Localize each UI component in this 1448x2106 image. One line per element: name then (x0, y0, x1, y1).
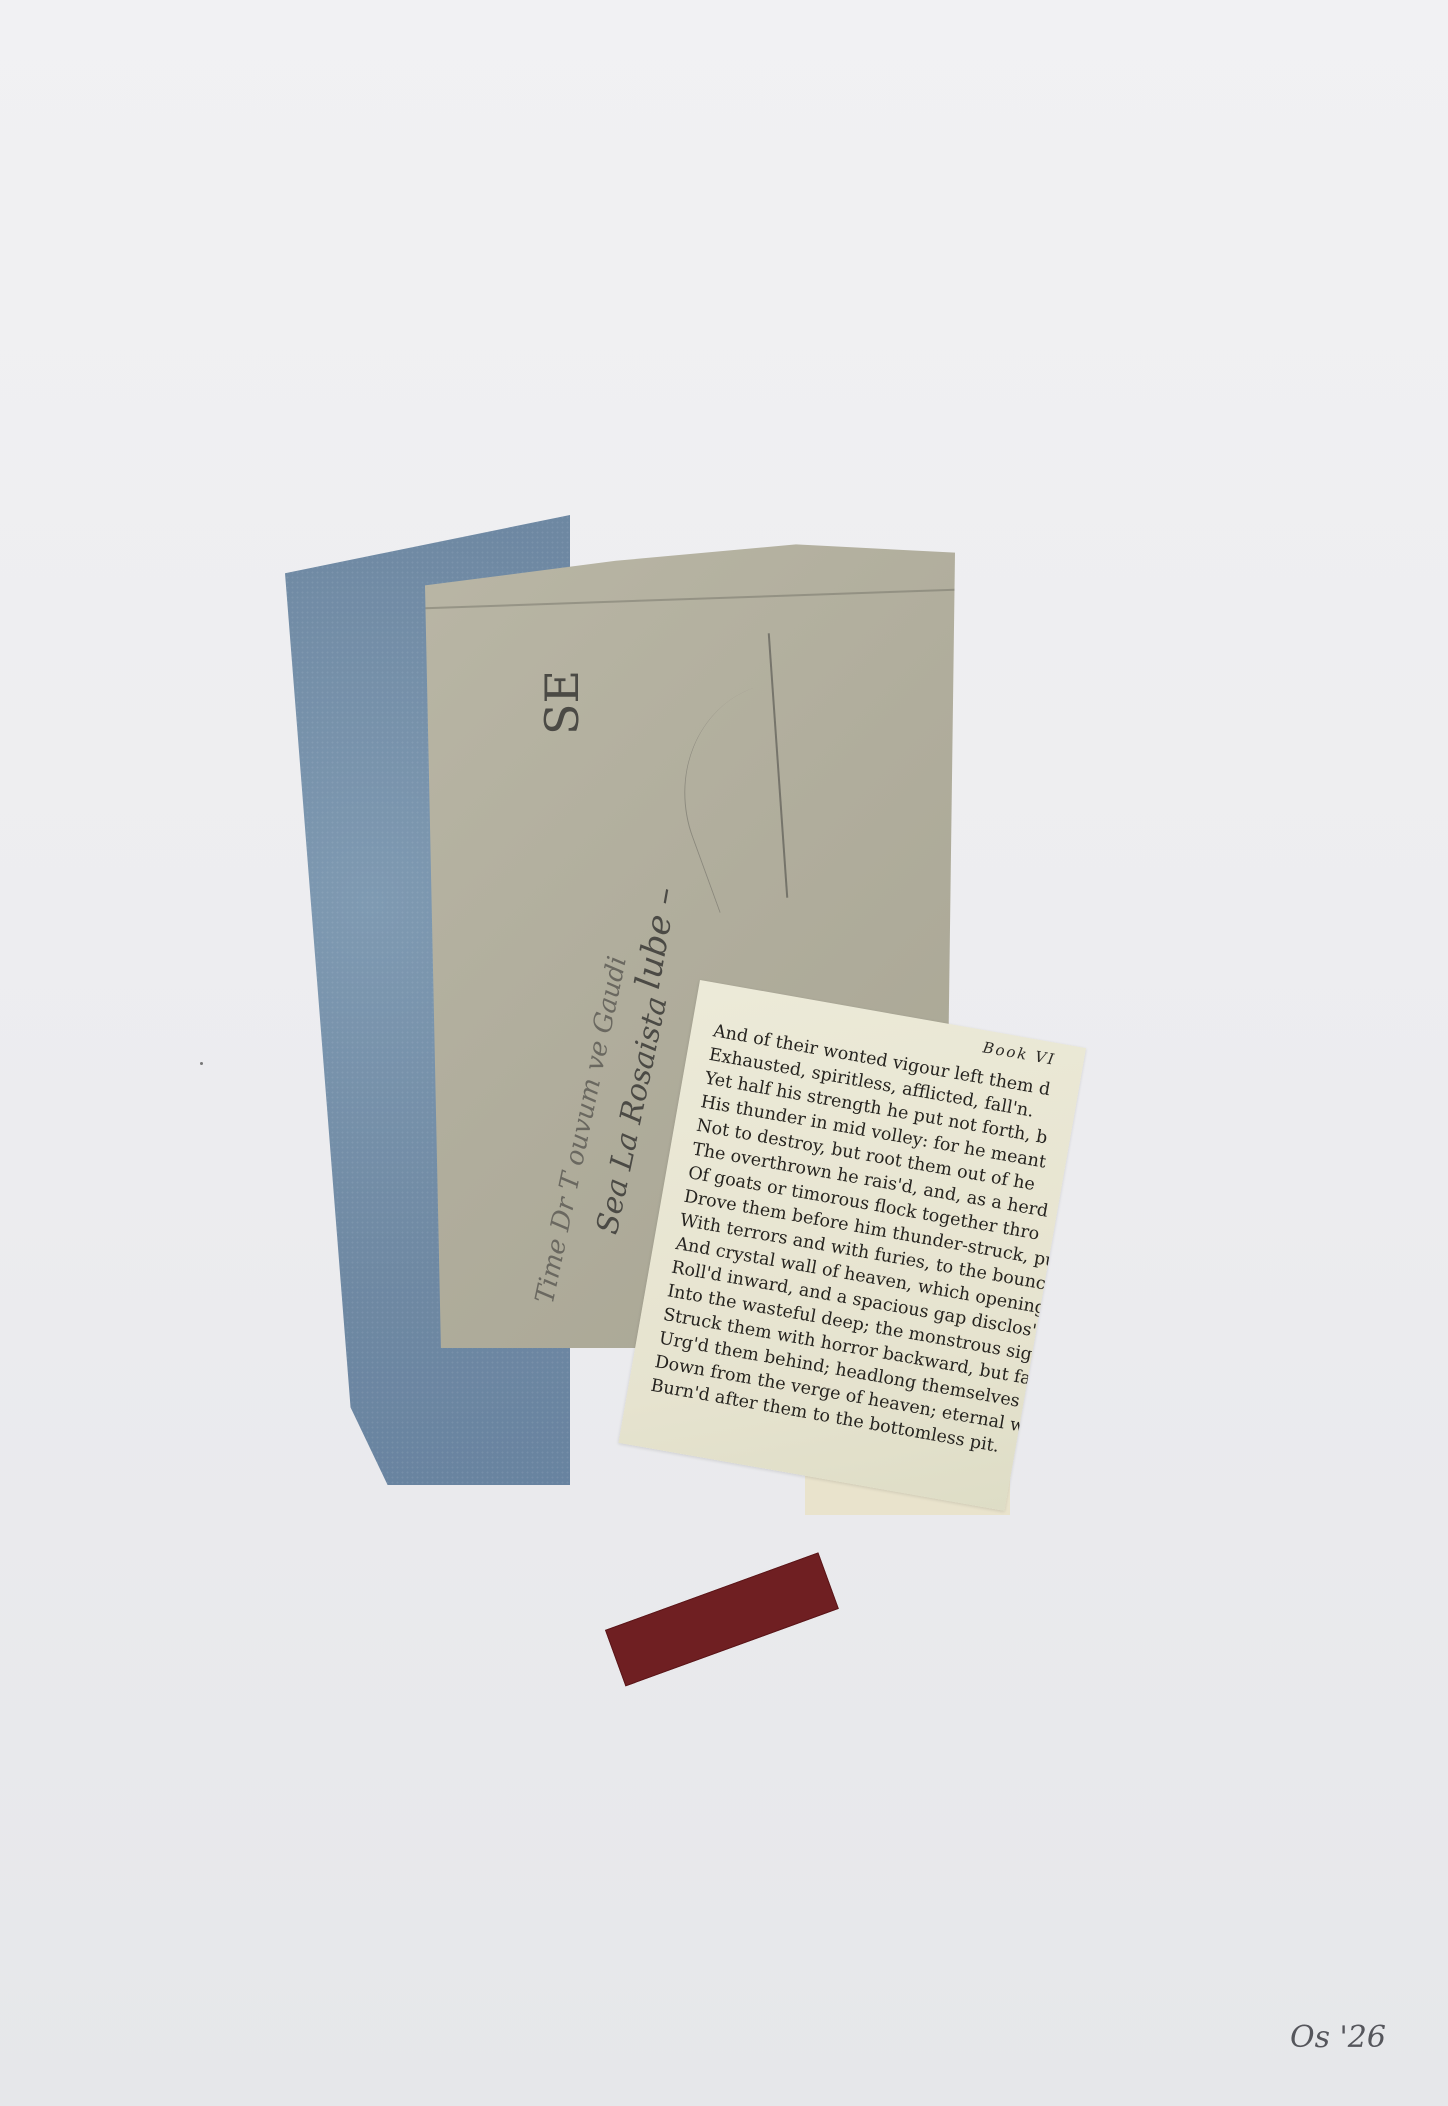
book-page-fragment: Book VI And of their wonted vigour left … (618, 980, 1086, 1511)
envelope-flap-line (425, 589, 955, 609)
pencil-arrow-icon (651, 663, 889, 913)
artist-signature: Os '26 (1290, 2020, 1386, 2055)
handwriting-se: SE (535, 670, 589, 735)
book-header: Book VI (981, 1038, 1057, 1069)
speck (200, 1062, 203, 1065)
verse-text: And of their wonted vigour left them d E… (649, 1019, 1086, 1470)
red-paper-strip (605, 1552, 839, 1686)
